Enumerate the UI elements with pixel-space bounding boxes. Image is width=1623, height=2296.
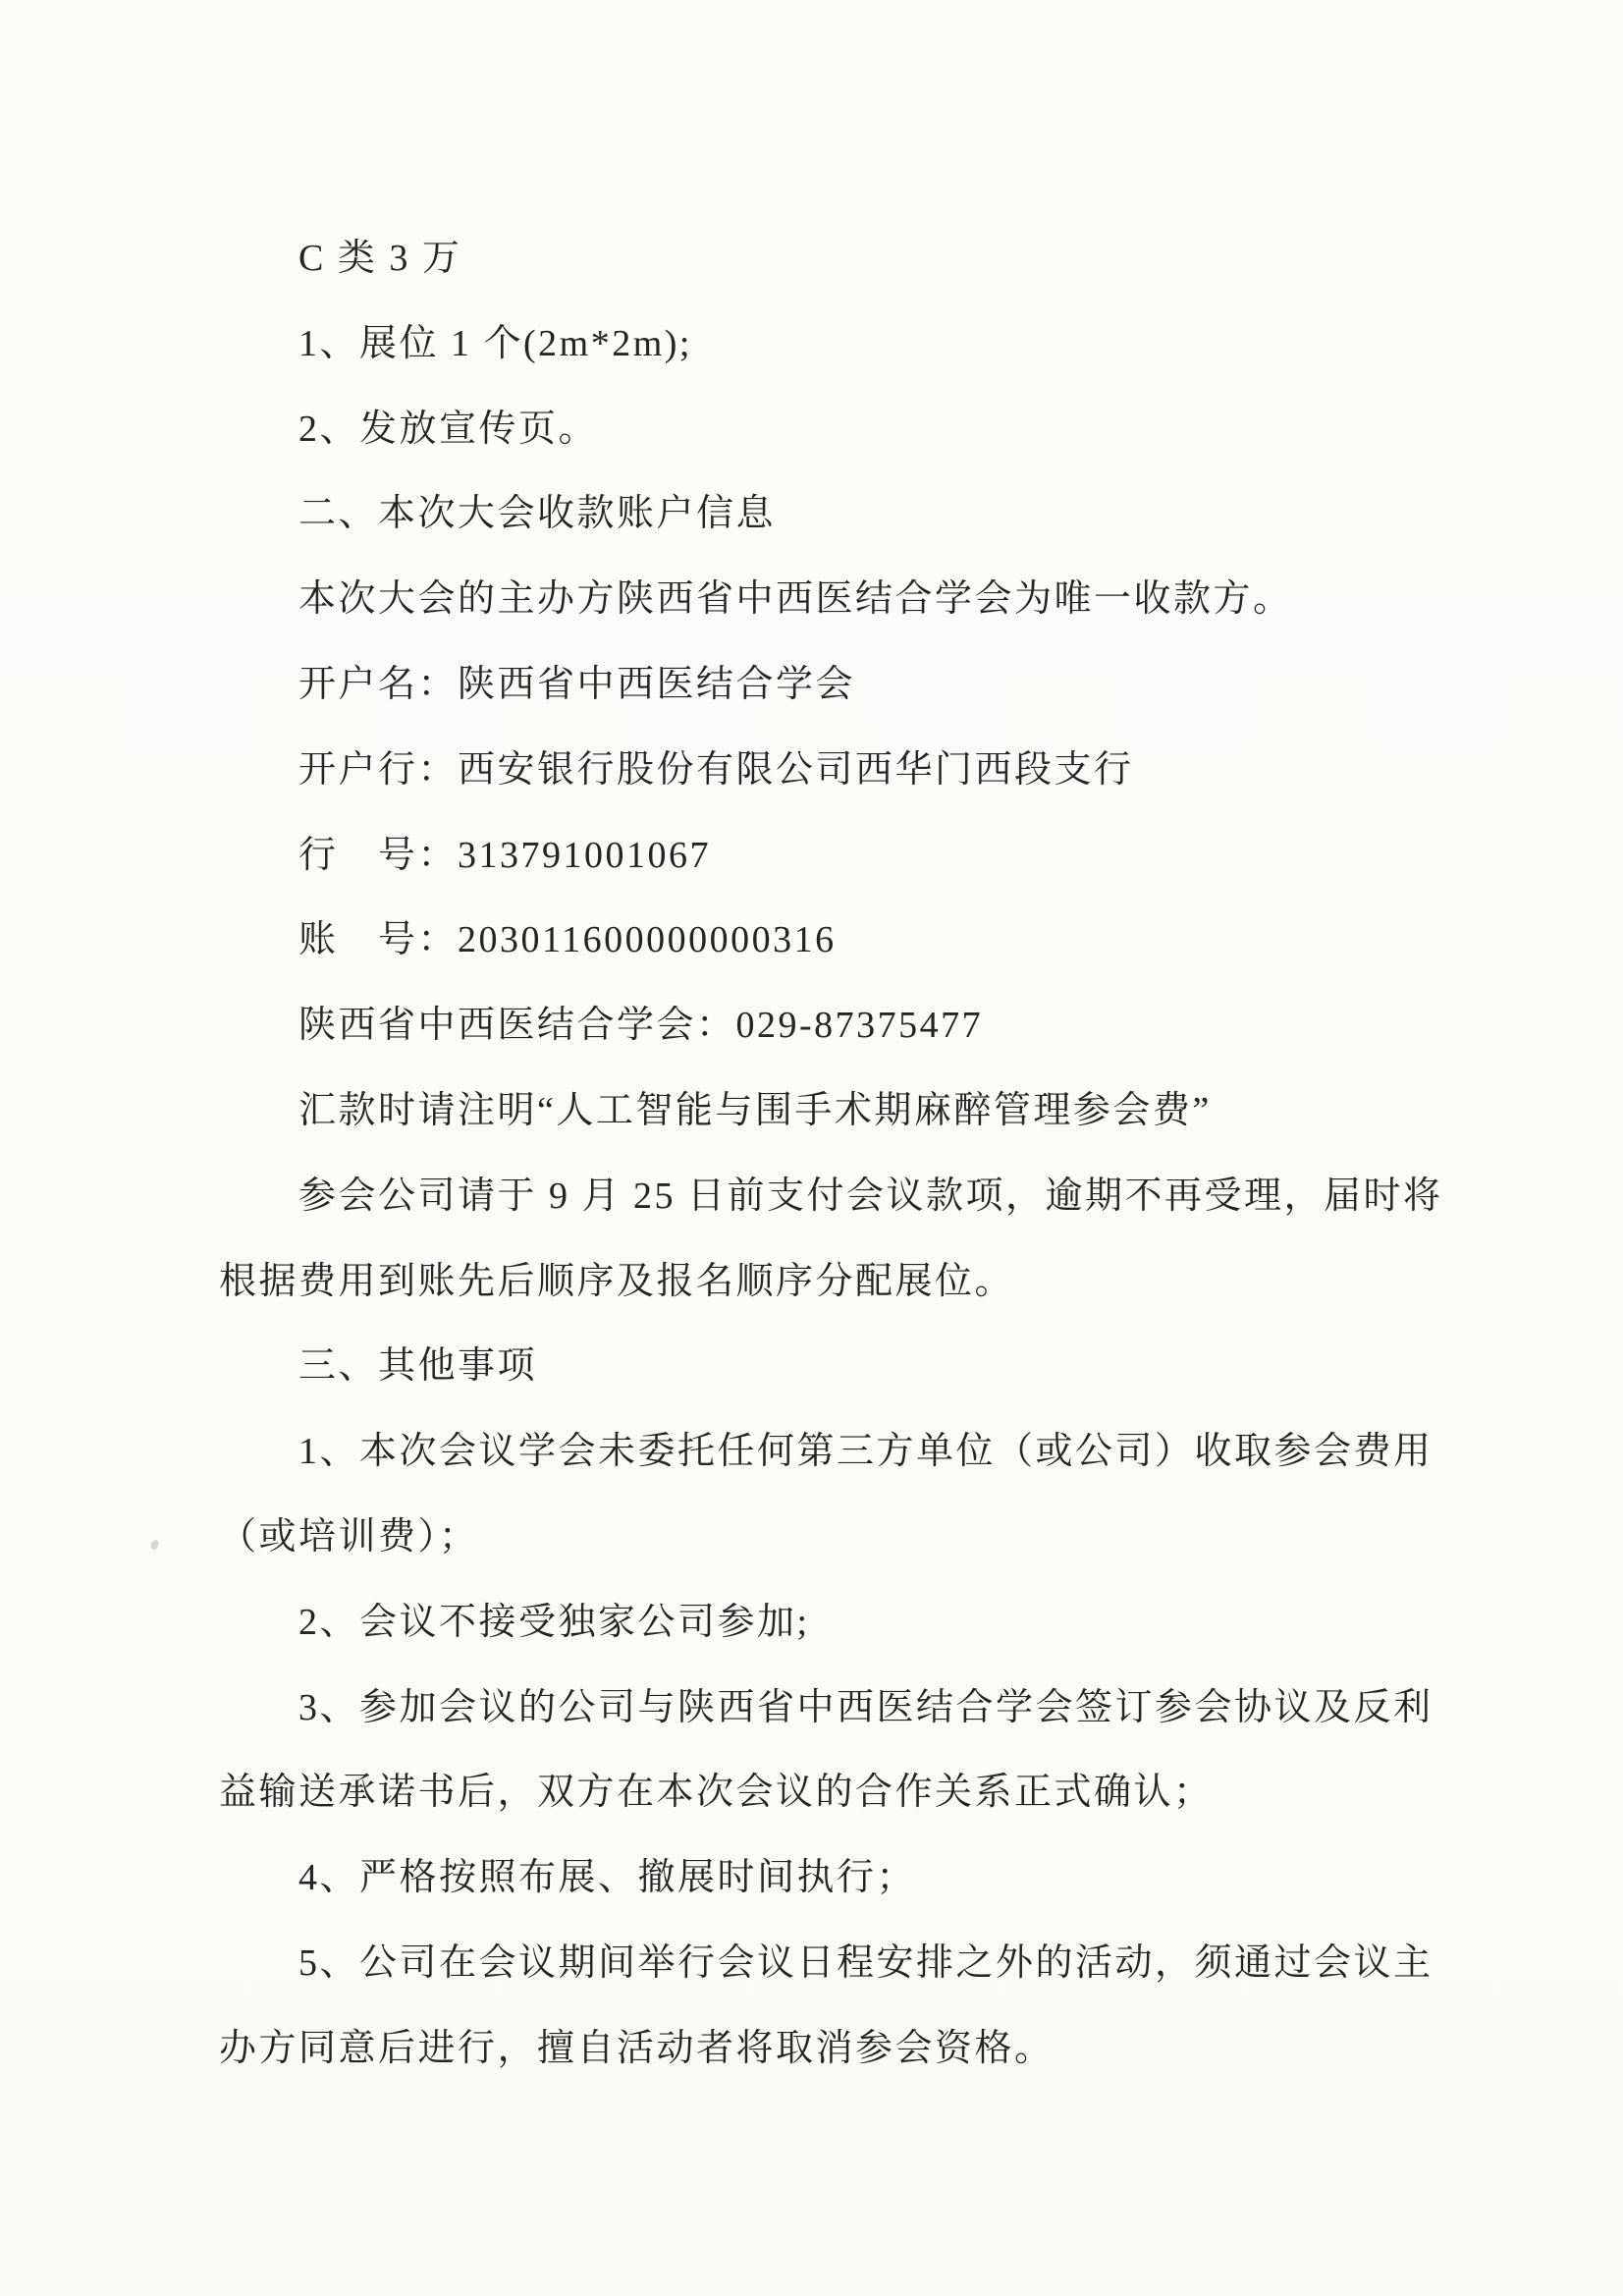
doc-line: 3、参加会议的公司与陕西省中西医结合学会签订参会协议及反利 bbox=[219, 1666, 1483, 1751]
doc-line-bank-number: 行 号：313791001067 bbox=[219, 813, 1483, 899]
doc-line: 本次大会的主办方陕西省中西医结合学会为唯一收款方。 bbox=[219, 557, 1483, 642]
doc-line: 益输送承诺书后，双方在本次会议的合作关系正式确认； bbox=[219, 1750, 1483, 1835]
doc-line: 5、公司在会议期间举行会议日程安排之外的活动，须通过会议主 bbox=[219, 1921, 1483, 2006]
document-page: C 类 3 万 1、展位 1 个(2m*2m); 2、发放宣传页。 二、本次大会… bbox=[0, 0, 1623, 2296]
doc-line: 汇款时请注明“人工智能与围手术期麻醉管理参会费” bbox=[219, 1068, 1483, 1154]
doc-line-account-name: 开户名：陕西省中西医结合学会 bbox=[219, 642, 1483, 728]
doc-line: C 类 3 万 bbox=[219, 216, 1483, 301]
scan-artifact bbox=[150, 1539, 160, 1551]
doc-line-bank-name: 开户行：西安银行股份有限公司西华门西段支行 bbox=[219, 728, 1483, 813]
doc-line-account-number: 账 号：203011600000000316 bbox=[219, 898, 1483, 983]
doc-line: 1、本次会议学会未委托任何第三方单位（或公司）收取参会费用 bbox=[219, 1409, 1483, 1495]
doc-line-section-heading: 二、本次大会收款账户信息 bbox=[219, 471, 1483, 557]
doc-line: 4、严格按照布展、撤展时间执行； bbox=[219, 1835, 1483, 1921]
doc-line: 2、发放宣传页。 bbox=[219, 387, 1483, 472]
document-body: C 类 3 万 1、展位 1 个(2m*2m); 2、发放宣传页。 二、本次大会… bbox=[219, 216, 1483, 2092]
doc-line: 1、展位 1 个(2m*2m); bbox=[219, 301, 1483, 387]
doc-line-phone: 陕西省中西医结合学会：029-87375477 bbox=[219, 983, 1483, 1068]
doc-line: （或培训费）； bbox=[219, 1495, 1483, 1580]
doc-line: 参会公司请于 9 月 25 日前支付会议款项，逾期不再受理，届时将 bbox=[219, 1154, 1483, 1239]
doc-line: 根据费用到账先后顺序及报名顺序分配展位。 bbox=[219, 1239, 1483, 1325]
doc-line: 办方同意后进行，擅自活动者将取消参会资格。 bbox=[219, 2006, 1483, 2092]
doc-line-section-heading: 三、其他事项 bbox=[219, 1324, 1483, 1409]
doc-line: 2、会议不接受独家公司参加; bbox=[219, 1580, 1483, 1666]
